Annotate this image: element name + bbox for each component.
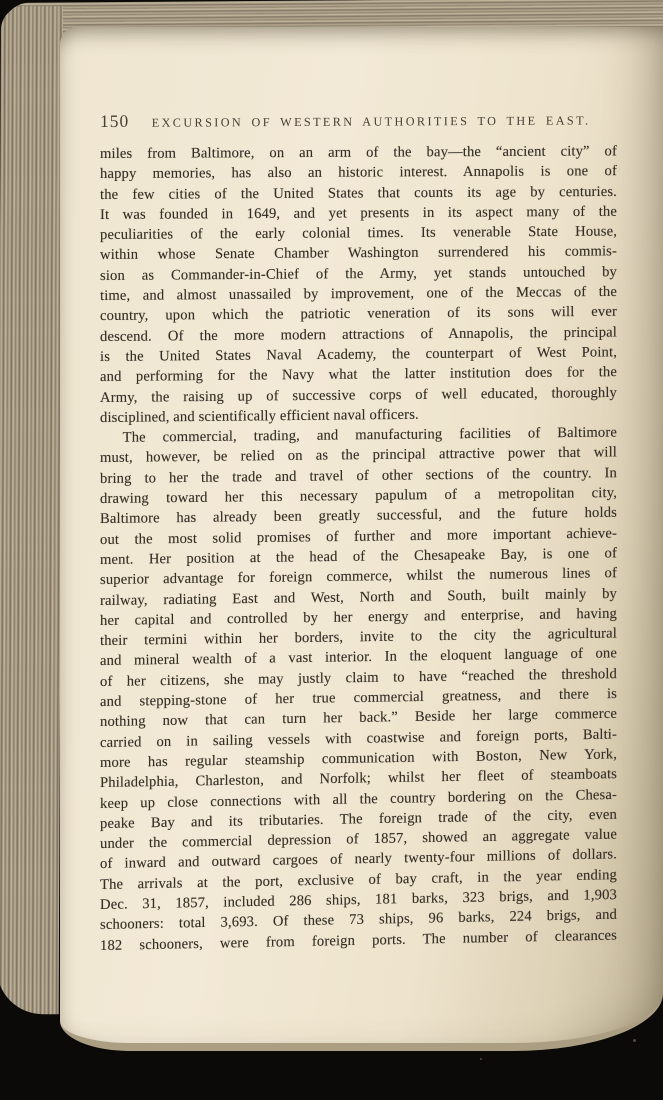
paper-speck: [480, 1058, 482, 1060]
book-left-page-edges: [0, 6, 63, 1014]
running-title: EXCURSION OF WESTERN AUTHORITIES TO THE …: [129, 113, 617, 131]
page-header: 150 EXCURSION OF WESTERN AUTHORITIES TO …: [100, 108, 617, 132]
book-page: 150 EXCURSION OF WESTERN AUTHORITIES TO …: [60, 27, 663, 1051]
page-number: 150: [100, 111, 129, 132]
text-line: happy memories, has also an historic int…: [100, 161, 617, 184]
page-text: miles from Baltimore, on an arm of the b…: [100, 144, 617, 956]
page-inner: 150 EXCURSION OF WESTERN AUTHORITIES TO …: [60, 27, 663, 1043]
paper-speck: [633, 1039, 636, 1042]
